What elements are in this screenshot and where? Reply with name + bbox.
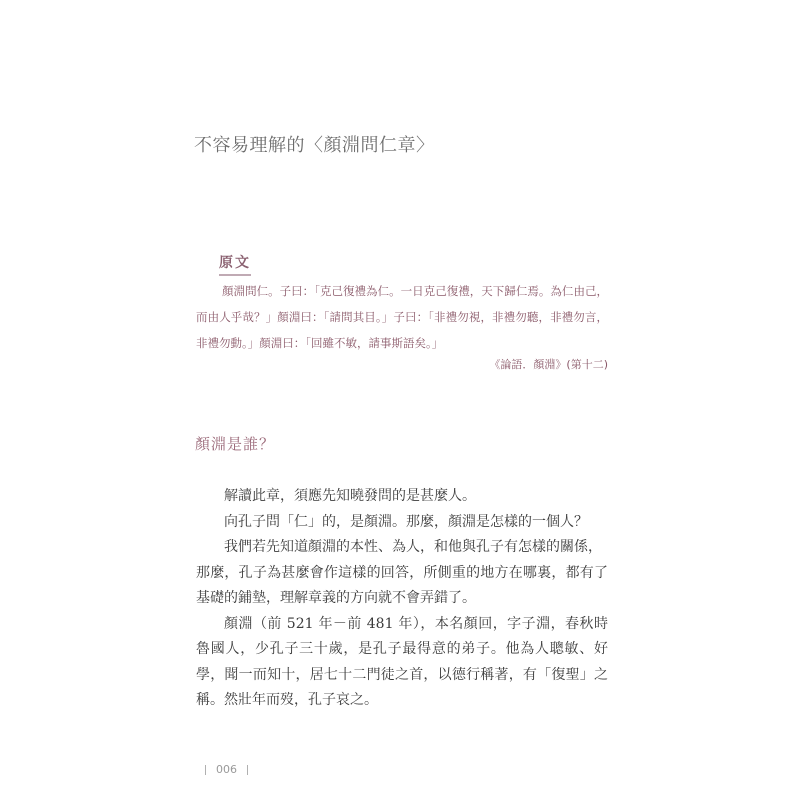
paragraph: 那麼，孔子為甚麼會作這樣的回答，所側重的地方在哪裏，都有了基礎的鋪墊，理解章義的…: [196, 561, 608, 612]
chapter-title: 不容易理解的〈顏淵問仁章〉: [194, 131, 435, 157]
page-number: 006: [216, 763, 237, 776]
paragraph: 解讀此章，須應先知曉發問的是甚麼人。: [196, 484, 608, 510]
paragraph: 向孔子問「仁」的，是顏淵。那麼，顏淵是怎樣的一個人？: [196, 510, 608, 536]
footer-divider-left: [205, 765, 206, 775]
footer-divider-right: [247, 765, 248, 775]
page-footer: 006: [195, 763, 258, 776]
book-page: 不容易理解的〈顏淵問仁章〉 原文 顏淵問仁。子曰：「克己復禮為仁。一日克己復禮，…: [0, 0, 800, 800]
citation: 《論語．顏淵》(第十二): [489, 356, 608, 372]
section-heading: 顏淵是誰？: [195, 433, 275, 454]
original-text-label: 原文: [219, 252, 251, 276]
paragraph: 顏淵（前 521 年－前 481 年），本名顏回，字子淵，春秋時魯國人，少孔子三…: [196, 612, 608, 714]
body-text: 解讀此章，須應先知曉發問的是甚麼人。 向孔子問「仁」的，是顏淵。那麼，顏淵是怎樣…: [196, 484, 608, 714]
original-text-block: 顏淵問仁。子曰：「克己復禮為仁。一日克己復禮，天下歸仁焉。為仁由己，而由人乎哉？…: [196, 278, 608, 356]
original-text-content: 顏淵問仁。子曰：「克己復禮為仁。一日克己復禮，天下歸仁焉。為仁由己，而由人乎哉？…: [196, 284, 608, 350]
paragraph: 我們若先知道顏淵的本性、為人，和他與孔子有怎樣的關係，: [196, 535, 608, 561]
